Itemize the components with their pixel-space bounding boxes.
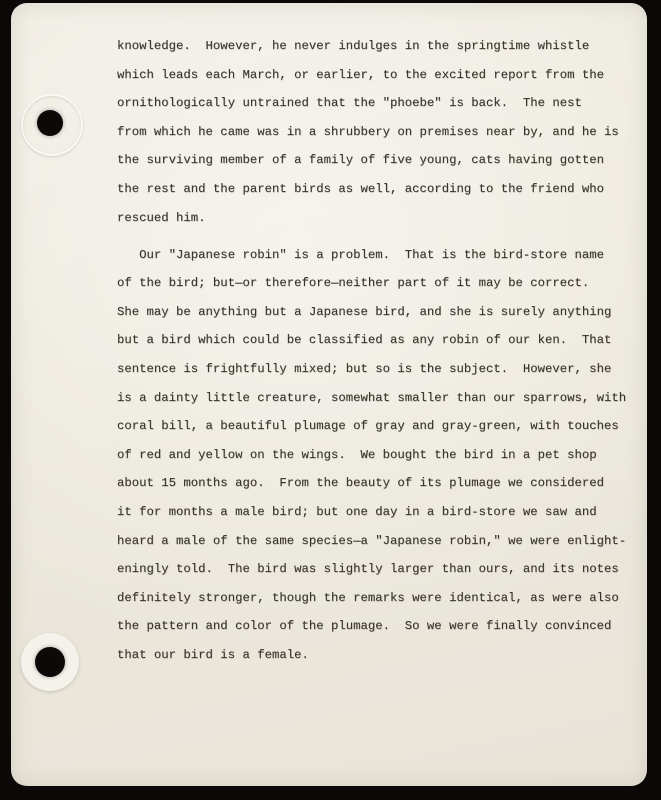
paragraph: Our "Japanese robin" is a problem. That …: [117, 241, 632, 670]
text-line: but a bird which could be classified as …: [117, 326, 632, 355]
text-line: about 15 months ago. From the beauty of …: [117, 469, 632, 498]
text-line: ornithologically untrained that the "pho…: [117, 89, 632, 118]
text-line: Our "Japanese robin" is a problem. That …: [117, 241, 632, 270]
text-line: eningly told. The bird was slightly larg…: [117, 555, 632, 584]
text-line: definitely stronger, though the remarks …: [117, 584, 632, 613]
text-line: that our bird is a female.: [117, 641, 632, 670]
text-line: coral bill, a beautiful plumage of gray …: [117, 412, 632, 441]
document-text: knowledge. However, he never indulges in…: [117, 32, 632, 670]
text-line: of red and yellow on the wings. We bough…: [117, 441, 632, 470]
hole-punch-top: [37, 110, 63, 136]
text-line: the rest and the parent birds as well, a…: [117, 175, 632, 204]
text-line: it for months a male bird; but one day i…: [117, 498, 632, 527]
text-line: rescued him.: [117, 204, 632, 233]
text-line: from which he came was in a shrubbery on…: [117, 118, 632, 147]
text-line: which leads each March, or earlier, to t…: [117, 61, 632, 90]
paper-sheet: knowledge. However, he never indulges in…: [11, 3, 647, 786]
text-line: knowledge. However, he never indulges in…: [117, 32, 632, 61]
text-line: is a dainty little creature, somewhat sm…: [117, 384, 632, 413]
text-line: the pattern and color of the plumage. So…: [117, 612, 632, 641]
text-line: of the bird; but—or therefore—neither pa…: [117, 269, 632, 298]
text-line: sentence is frightfully mixed; but so is…: [117, 355, 632, 384]
text-line: the surviving member of a family of five…: [117, 146, 632, 175]
text-line: She may be anything but a Japanese bird,…: [117, 298, 632, 327]
text-line: heard a male of the same species—a "Japa…: [117, 527, 632, 556]
scanned-page-frame: knowledge. However, he never indulges in…: [0, 0, 661, 800]
hole-punch-bottom: [35, 647, 65, 677]
paragraph: knowledge. However, he never indulges in…: [117, 32, 632, 232]
